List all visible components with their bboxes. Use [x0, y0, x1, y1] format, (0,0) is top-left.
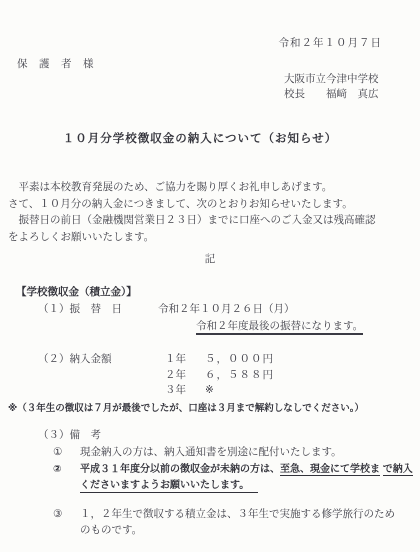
transfer-date-value: 令和２年１０月２６日（月）	[158, 302, 363, 318]
amount-table: １年 ５，０００円 ２年 ６，５８８円 ３年 ※	[165, 352, 274, 399]
letter-page: 令和２年１０月７日 保 護 者 様 大阪市立今津中学校 校長 福﨑 真広 １０月…	[0, 0, 420, 552]
issue-date: 令和２年１０月７日	[0, 0, 420, 52]
page-title: １０月分学校徴収金の納入について（お知らせ）	[0, 130, 400, 148]
body-line-2: さて、１０月分の納入金につきまして、次のとおりお知らせいたします。	[8, 197, 414, 214]
remark-item-3: ③ １，２年生で徴収する積立金は、３年生で実施する修学旅行のため のものです。	[53, 507, 420, 539]
amount-value: ※	[205, 383, 215, 399]
transfer-note-line: 令和２年度最後の振替になります。	[196, 319, 363, 335]
transfer-date-row: （１）振 替 日 令和２年１０月２６日（月） 令和２年度最後の振替になります。	[38, 302, 420, 335]
amount-row-grade1: １年 ５，０００円	[165, 352, 274, 368]
grade-label: ３年	[165, 383, 205, 399]
circled-number-1: ①	[53, 445, 80, 461]
body-line-4: をよろしくお願いいたします。	[8, 230, 414, 247]
circled-number-3: ③	[53, 507, 80, 539]
grade-label: ２年	[165, 368, 205, 384]
remarks-label: （３）備 考	[38, 428, 420, 444]
circled-number-2: ②	[53, 462, 80, 495]
remark-3-line-1: １，２年生で徴収する積立金は、３年生で実施する修学旅行のため	[80, 507, 395, 523]
record-marker: 記	[0, 252, 420, 268]
remark-text-1: 現金納入の方は、納入通知書を別途に配付いたします。	[80, 445, 342, 461]
body-line-3: 振替日の前日（金融機関営業日２３日）までに口座へのご入金又は残高確認	[8, 213, 414, 230]
remark-item-2: ② 平成３１年度分以前の徴収金が未納の方は、至急、現金にて学校ま で納入ください…	[53, 462, 420, 495]
transfer-date-value-block: 令和２年１０月２６日（月） 令和２年度最後の振替になります。	[158, 302, 363, 335]
amount-value: ６，５８８円	[205, 368, 274, 384]
remark-2-prefix: 平成３１年度分以前の徴収金が未納の方は、	[80, 464, 280, 475]
transfer-note-underlined: 令和２年度最後の振替になります。	[196, 321, 363, 335]
amount-row-grade3: ３年 ※	[165, 383, 274, 399]
sender-school: 大阪市立今津中学校	[284, 72, 420, 87]
body-paragraph: 平素は本校教育発展のため、ご協力を賜り厚くお礼申しあげます。 さて、１０月分の納…	[8, 180, 414, 246]
amount-row-grade2: ２年 ６，５８８円	[165, 368, 274, 384]
remark-text-3: １，２年生で徴収する積立金は、３年生で実施する修学旅行のため のものです。	[80, 507, 395, 539]
body-line-1: 平素は本校教育発展のため、ご協力を賜り厚くお礼申しあげます。	[8, 180, 414, 197]
section-heading: 【学校徴収金（積立金）】	[16, 284, 420, 300]
sender-block: 大阪市立今津中学校 校長 福﨑 真広	[284, 72, 420, 102]
remark-2-line-1: 平成３１年度分以前の徴収金が未納の方は、至急、現金にて学校ま	[80, 464, 380, 477]
payment-amount-row: （２）納入金額 １年 ５，０００円 ２年 ６，５８８円 ３年 ※	[38, 352, 420, 399]
amount-value: ５，０００円	[205, 352, 274, 368]
asterisk-note: ※（３年生の徴収は７月が最後でしたが、口座は３月まで解約しなしでください。）	[8, 402, 420, 415]
transfer-date-label: （１）振 替 日	[38, 302, 158, 335]
remark-text-2: 平成３１年度分以前の徴収金が未納の方は、至急、現金にて学校ま で納入くださいます…	[80, 462, 420, 495]
payment-amount-label: （２）納入金額	[38, 352, 165, 399]
remark-2-underlined-1: 至急、現金にて学校ま	[280, 464, 380, 477]
grade-label: １年	[165, 352, 205, 368]
sender-principal: 校長 福﨑 真広	[284, 87, 420, 102]
remark-item-1: ① 現金納入の方は、納入通知書を別途に配付いたします。	[53, 445, 420, 461]
remark-3-line-2: のものです。	[80, 523, 395, 539]
recipient-line: 保 護 者 様	[17, 58, 420, 72]
